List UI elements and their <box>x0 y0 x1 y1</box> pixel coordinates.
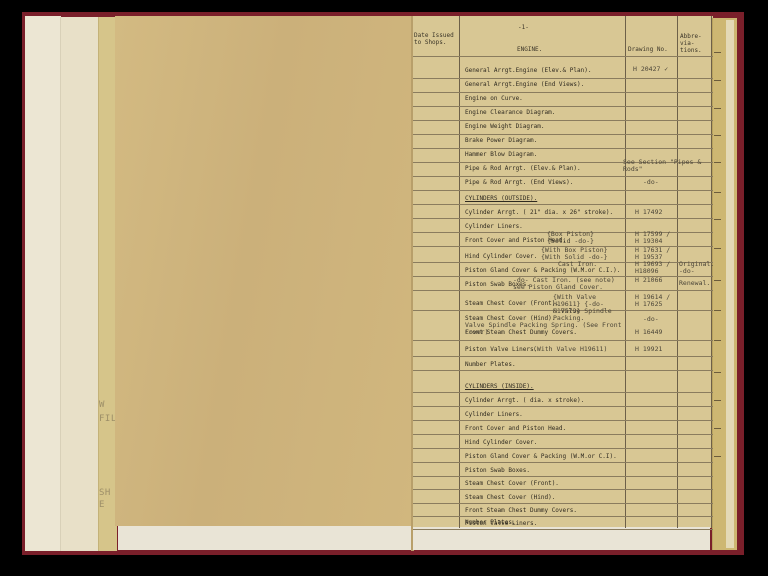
row-rule <box>413 120 713 121</box>
left-page-strip <box>118 526 412 550</box>
row-rule <box>413 434 713 435</box>
stub-text: SH <box>99 488 111 498</box>
table-row: Steam Chest Cover (Front). <box>465 480 559 487</box>
table-row: Piston Gland Cover & Packing (W.M.or C.I… <box>465 267 620 274</box>
row-rule <box>413 406 713 407</box>
typed-note: -do- Cast Iron. (see note) see Piston Gl… <box>513 277 625 291</box>
edge-tick <box>714 192 721 193</box>
row-rule <box>413 290 713 291</box>
edge-tick <box>714 400 721 401</box>
row-rule <box>413 476 713 477</box>
drawing-number: H 21066 <box>635 277 662 284</box>
table-row: Cylinder Arrgt. ( 21" dia. x 26" stroke)… <box>465 209 613 216</box>
edge-tick <box>714 340 721 341</box>
table-row: Piston Gland Cover & Packing (W.M.or C.I… <box>465 453 617 460</box>
row-rule <box>413 204 713 205</box>
drawing-number: H 17631 / H 19537 <box>635 247 675 261</box>
drawing-number: H 19693 / H18096 <box>635 261 675 275</box>
table-row: Cylinder Arrgt. ( dia. x stroke). <box>465 397 584 404</box>
header-date-issued: Date Issued to Shops. <box>414 32 458 46</box>
header-drawing-no: Drawing No. <box>628 46 668 53</box>
section-heading: CYLINDERS (INSIDE). <box>465 383 534 390</box>
abbreviation: Original. -do- <box>679 261 711 275</box>
table-row: Cylinder Liners. <box>465 411 523 418</box>
table-row: Number Plates. <box>465 519 516 526</box>
drawing-number: H 16449 <box>635 329 662 336</box>
header-abbreviations: Abbre- via- tions. <box>680 33 710 54</box>
edge-tick <box>714 372 721 373</box>
table-row: Brake Power Diagram. <box>465 137 537 144</box>
table-row: Steam Chest Cover (Front). <box>465 300 559 307</box>
stub-text: E <box>99 500 105 510</box>
row-rule <box>413 218 713 219</box>
typed-note: {With Box Piston} {With Solid -do-} <box>541 247 621 261</box>
row-rule <box>413 392 713 393</box>
row-rule <box>413 370 713 371</box>
table-row: General Arrgt.Engine (End Views). <box>465 81 584 88</box>
drawing-number: -do- <box>643 179 659 186</box>
table-row: Engine Weight Diagram. <box>465 123 544 130</box>
table-row: Cylinder Liners. <box>465 223 523 230</box>
edge-tick <box>714 108 721 109</box>
drawing-number: H 19921 <box>635 346 662 353</box>
section-heading: CYLINDERS (OUTSIDE). <box>465 195 537 202</box>
edge-tick <box>714 428 721 429</box>
table-row: Front Steam Chest Dummy Covers. <box>465 507 577 514</box>
abbreviation: Renewal. <box>679 280 710 287</box>
typed-note: & Valve Spindle Packing. <box>553 308 623 322</box>
row-rule <box>413 503 713 504</box>
typed-note: {Box Piston} {Solid -do-} <box>547 231 617 245</box>
right-page-strip <box>413 527 710 550</box>
drawing-number: -do- <box>643 316 659 323</box>
typed-note: Valve Spindle Packing Spring. (See Front… <box>465 322 645 336</box>
edge-tick <box>714 219 721 220</box>
left-page-tissue <box>115 16 412 526</box>
row-rule <box>413 190 713 191</box>
table-row: Front Cover and Piston Head. <box>465 425 566 432</box>
table-row: Hind Cylinder Cover. <box>465 253 537 260</box>
row-rule <box>413 176 713 177</box>
row-rule <box>413 356 713 357</box>
edge-tick <box>714 248 721 249</box>
drawing-number: H 17599 / H 19304 <box>635 231 675 245</box>
edge-tick <box>714 135 721 136</box>
row-rule <box>413 106 713 107</box>
row-rule <box>413 516 713 517</box>
header-engine: ENGINE. <box>517 46 542 53</box>
flyleaf <box>60 17 101 551</box>
drawing-register-table: -1- Date Issued to Shops. ENGINE. Drawin… <box>413 16 713 528</box>
row-rule <box>413 529 713 530</box>
table-row: Hammer Blow Diagram. <box>465 151 537 158</box>
page-number: -1- <box>518 24 529 31</box>
edge-tick <box>714 280 721 281</box>
table-row: General Arrgt.Engine (Elev.& Plan). <box>465 67 591 74</box>
typed-note: Cast Iron. <box>558 261 597 268</box>
row-rule <box>413 92 713 93</box>
drawing-number: See Section "Pipes & Rods" <box>623 159 703 173</box>
table-row: Hind Cylinder Cover. <box>465 439 537 446</box>
stub-text: W <box>99 400 105 410</box>
edge-tick <box>714 456 721 457</box>
page-edges <box>726 20 734 548</box>
row-rule <box>413 148 713 149</box>
table-row: Piston Valve Liners. <box>465 346 537 353</box>
row-rule <box>413 462 713 463</box>
table-row: Steam Chest Cover (Hind). <box>465 494 555 501</box>
drawing-number: H 19614 / H 17625 <box>635 294 675 308</box>
header-rule <box>413 56 713 57</box>
table-row: Engine Clearance Diagram. <box>465 109 555 116</box>
edge-tick <box>714 310 721 311</box>
drawing-number: H 20427 ✓ <box>633 66 668 73</box>
edge-tick <box>714 80 721 81</box>
typed-note: (With Valve H19611) <box>533 346 607 353</box>
row-rule <box>413 134 713 135</box>
flyleaf <box>25 16 61 551</box>
table-row: Pipe & Rod Arrgt. (End Views). <box>465 179 573 186</box>
row-rule <box>413 489 713 490</box>
edge-tick <box>714 162 721 163</box>
table-row: Pipe & Rod Arrgt. (Elev.& Plan). <box>465 165 581 172</box>
row-rule <box>413 448 713 449</box>
row-rule <box>413 420 713 421</box>
drawing-number: H 17492 <box>635 209 662 216</box>
table-row: Piston Swab Boxes. <box>465 467 530 474</box>
row-rule <box>413 78 713 79</box>
table-row: Engine on Curve. <box>465 95 523 102</box>
table-row: Number Plates. <box>465 361 516 368</box>
row-rule <box>413 340 713 341</box>
edge-tick <box>714 52 721 53</box>
